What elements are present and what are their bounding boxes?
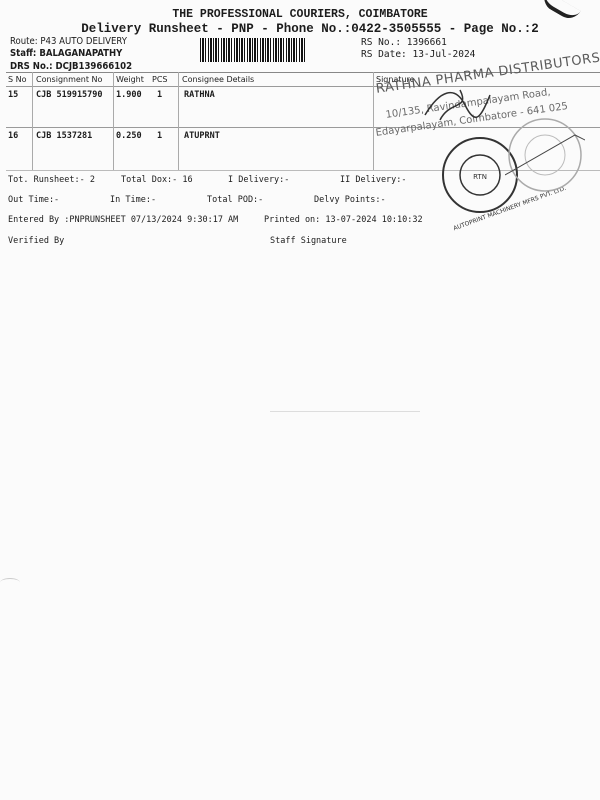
entered-by: Entered By :PNPRUNSHEET 07/13/2024 9:30:…: [8, 215, 238, 225]
cell-sno: 15: [8, 90, 18, 100]
staff-label: Staff: BALAGANAPATHY: [10, 48, 122, 59]
route-label: Route: P43 AUTO DELIVERY: [10, 36, 127, 47]
i-delivery: I Delivery:-: [228, 175, 289, 185]
barcode-image: [200, 38, 305, 62]
cell-pcs: 1: [157, 131, 162, 141]
scan-artifact: [270, 411, 420, 412]
total-dox: Total Dox:- 16: [121, 175, 193, 185]
printed-on: Printed on: 13-07-2024 10:10:32: [264, 215, 423, 225]
col-divider: [178, 72, 179, 170]
col-divider: [373, 72, 374, 170]
col-header-sno: S No: [8, 75, 27, 84]
svg-text:RTN: RTN: [473, 173, 487, 181]
scan-artifact: [0, 578, 20, 587]
cell-sno: 16: [8, 131, 18, 141]
in-time: In Time:-: [110, 195, 156, 205]
company-title: THE PROFESSIONAL COURIERS, COIMBATORE: [0, 8, 600, 21]
col-header-pcs: PCS: [152, 75, 168, 84]
col-header-consignee: Consignee Details: [182, 75, 254, 84]
faint-round-stamp: [505, 115, 585, 195]
col-divider: [113, 72, 114, 170]
col-divider: [32, 72, 33, 170]
drs-number: DRS No.: DCJB139666102: [10, 61, 132, 72]
verified-by-label: Verified By: [8, 236, 64, 246]
out-time: Out Time:-: [8, 195, 59, 205]
rs-date: RS Date: 13-Jul-2024: [361, 49, 475, 60]
staff-signature-label: Staff Signature: [270, 236, 347, 246]
table-header-border: [6, 86, 600, 87]
total-runsheet: Tot. Runsheet:- 2: [8, 175, 95, 185]
cell-consignee: ATUPRNT: [184, 131, 220, 141]
cell-weight: 0.250: [116, 131, 142, 141]
signature-scribble: [420, 80, 500, 130]
ii-delivery: II Delivery:-: [340, 175, 407, 185]
cell-pcs: 1: [157, 90, 162, 100]
col-header-weight: Weight: [116, 75, 144, 84]
cell-consignment: CJB 519915790: [36, 90, 103, 100]
cell-consignee: RATHNA: [184, 90, 215, 100]
runsheet-subtitle: Delivery Runsheet - PNP - Phone No.:0422…: [0, 22, 600, 36]
col-header-consignment: Consignment No: [36, 75, 102, 84]
delivery-points: Delvy Points:-: [314, 195, 386, 205]
rs-number: RS No.: 1396661: [361, 37, 447, 48]
total-pod: Total POD:-: [207, 195, 263, 205]
cell-weight: 1.900: [116, 90, 142, 100]
cell-consignment: CJB 1537281: [36, 131, 92, 141]
